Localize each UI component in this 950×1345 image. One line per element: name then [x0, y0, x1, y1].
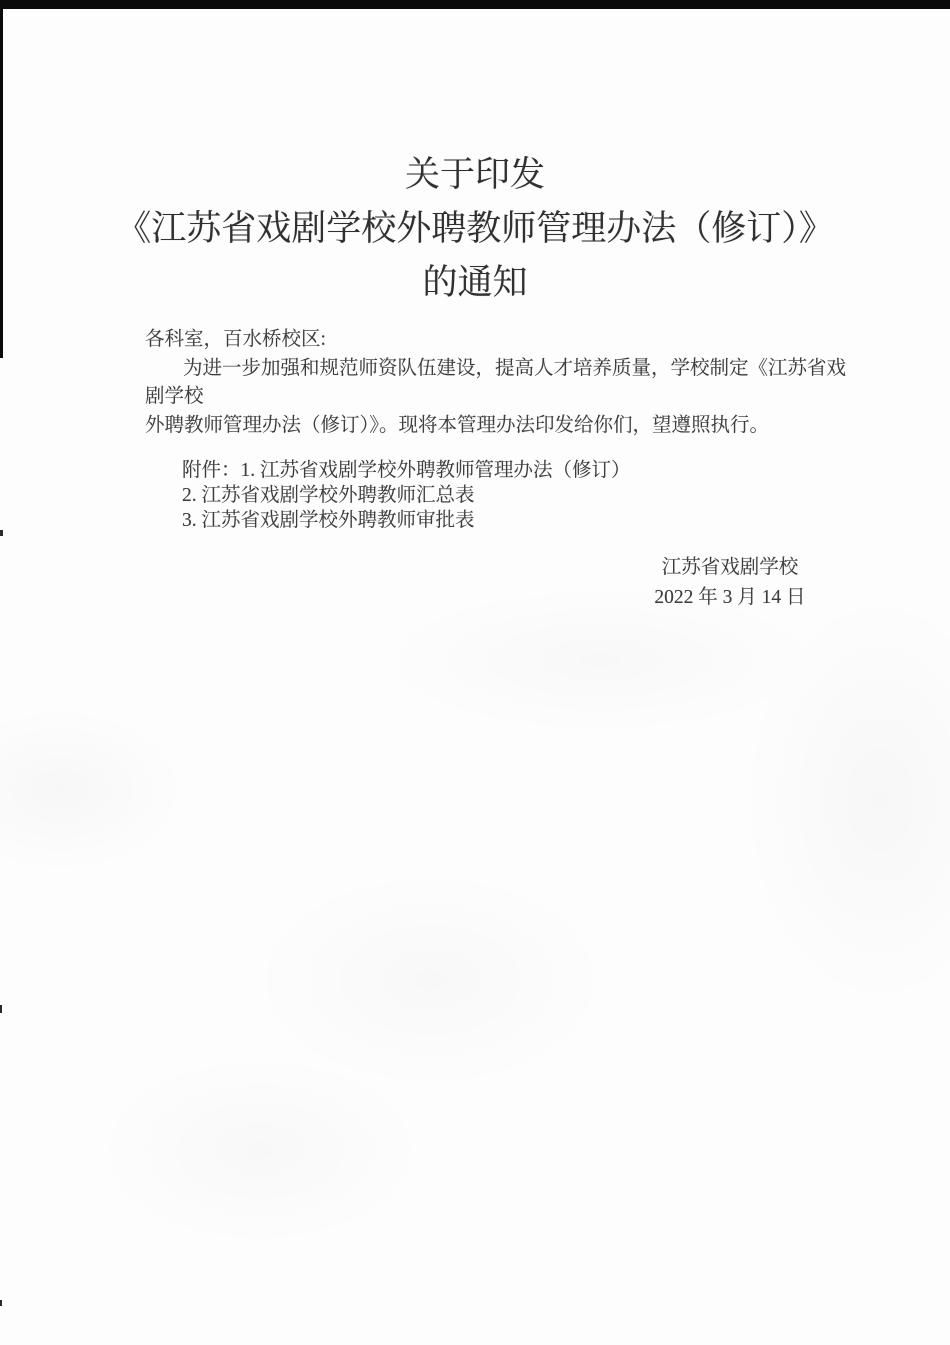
- title-line-2: 《江苏省戏剧学校外聘教师管理办法（修订）》: [0, 202, 950, 256]
- attachment-item-3: 3. 江苏省戏剧学校外聘教师审批表: [182, 508, 851, 533]
- attachments-block: 附件：1. 江苏省戏剧学校外聘教师管理办法（修订） 2. 江苏省戏剧学校外聘教师…: [145, 458, 851, 534]
- scan-edge-top: [0, 0, 950, 9]
- body-paragraph-line-1: 为进一步加强和规范师资队伍建设，提高人才培养质量，学校制定《江苏省戏剧学校: [145, 355, 851, 412]
- scanned-notice-page: 关于印发 《江苏省戏剧学校外聘教师管理办法（修订）》 的通知 各科室，百水桥校区…: [0, 0, 950, 1345]
- document-body: 各科室，百水桥校区: 为进一步加强和规范师资队伍建设，提高人才培养质量，学校制定…: [145, 326, 851, 534]
- signature-date: 2022 年 3 月 14 日: [595, 583, 865, 613]
- scan-speck: [0, 530, 3, 536]
- scan-speck: [0, 1005, 2, 1013]
- title-line-1: 关于印发: [0, 148, 950, 202]
- signature-block: 江苏省戏剧学校 2022 年 3 月 14 日: [595, 553, 865, 613]
- scan-speck: [0, 1300, 2, 1306]
- attachment-item-1: 附件：1. 江苏省戏剧学校外聘教师管理办法（修订）: [182, 458, 851, 483]
- attachment-item-2: 2. 江苏省戏剧学校外聘教师汇总表: [182, 483, 851, 508]
- salutation: 各科室，百水桥校区:: [145, 326, 851, 355]
- body-paragraph-line-2: 外聘教师管理办法（修订）》。现将本管理办法印发给你们，望遵照执行。: [145, 412, 851, 441]
- signature-organization: 江苏省戏剧学校: [595, 553, 865, 583]
- title-line-3: 的通知: [0, 256, 950, 310]
- document-title: 关于印发 《江苏省戏剧学校外聘教师管理办法（修订）》 的通知: [0, 148, 950, 310]
- attachments-label: 附件：: [182, 460, 241, 481]
- attachment-1-text: 1. 江苏省戏剧学校外聘教师管理办法（修订）: [241, 460, 631, 481]
